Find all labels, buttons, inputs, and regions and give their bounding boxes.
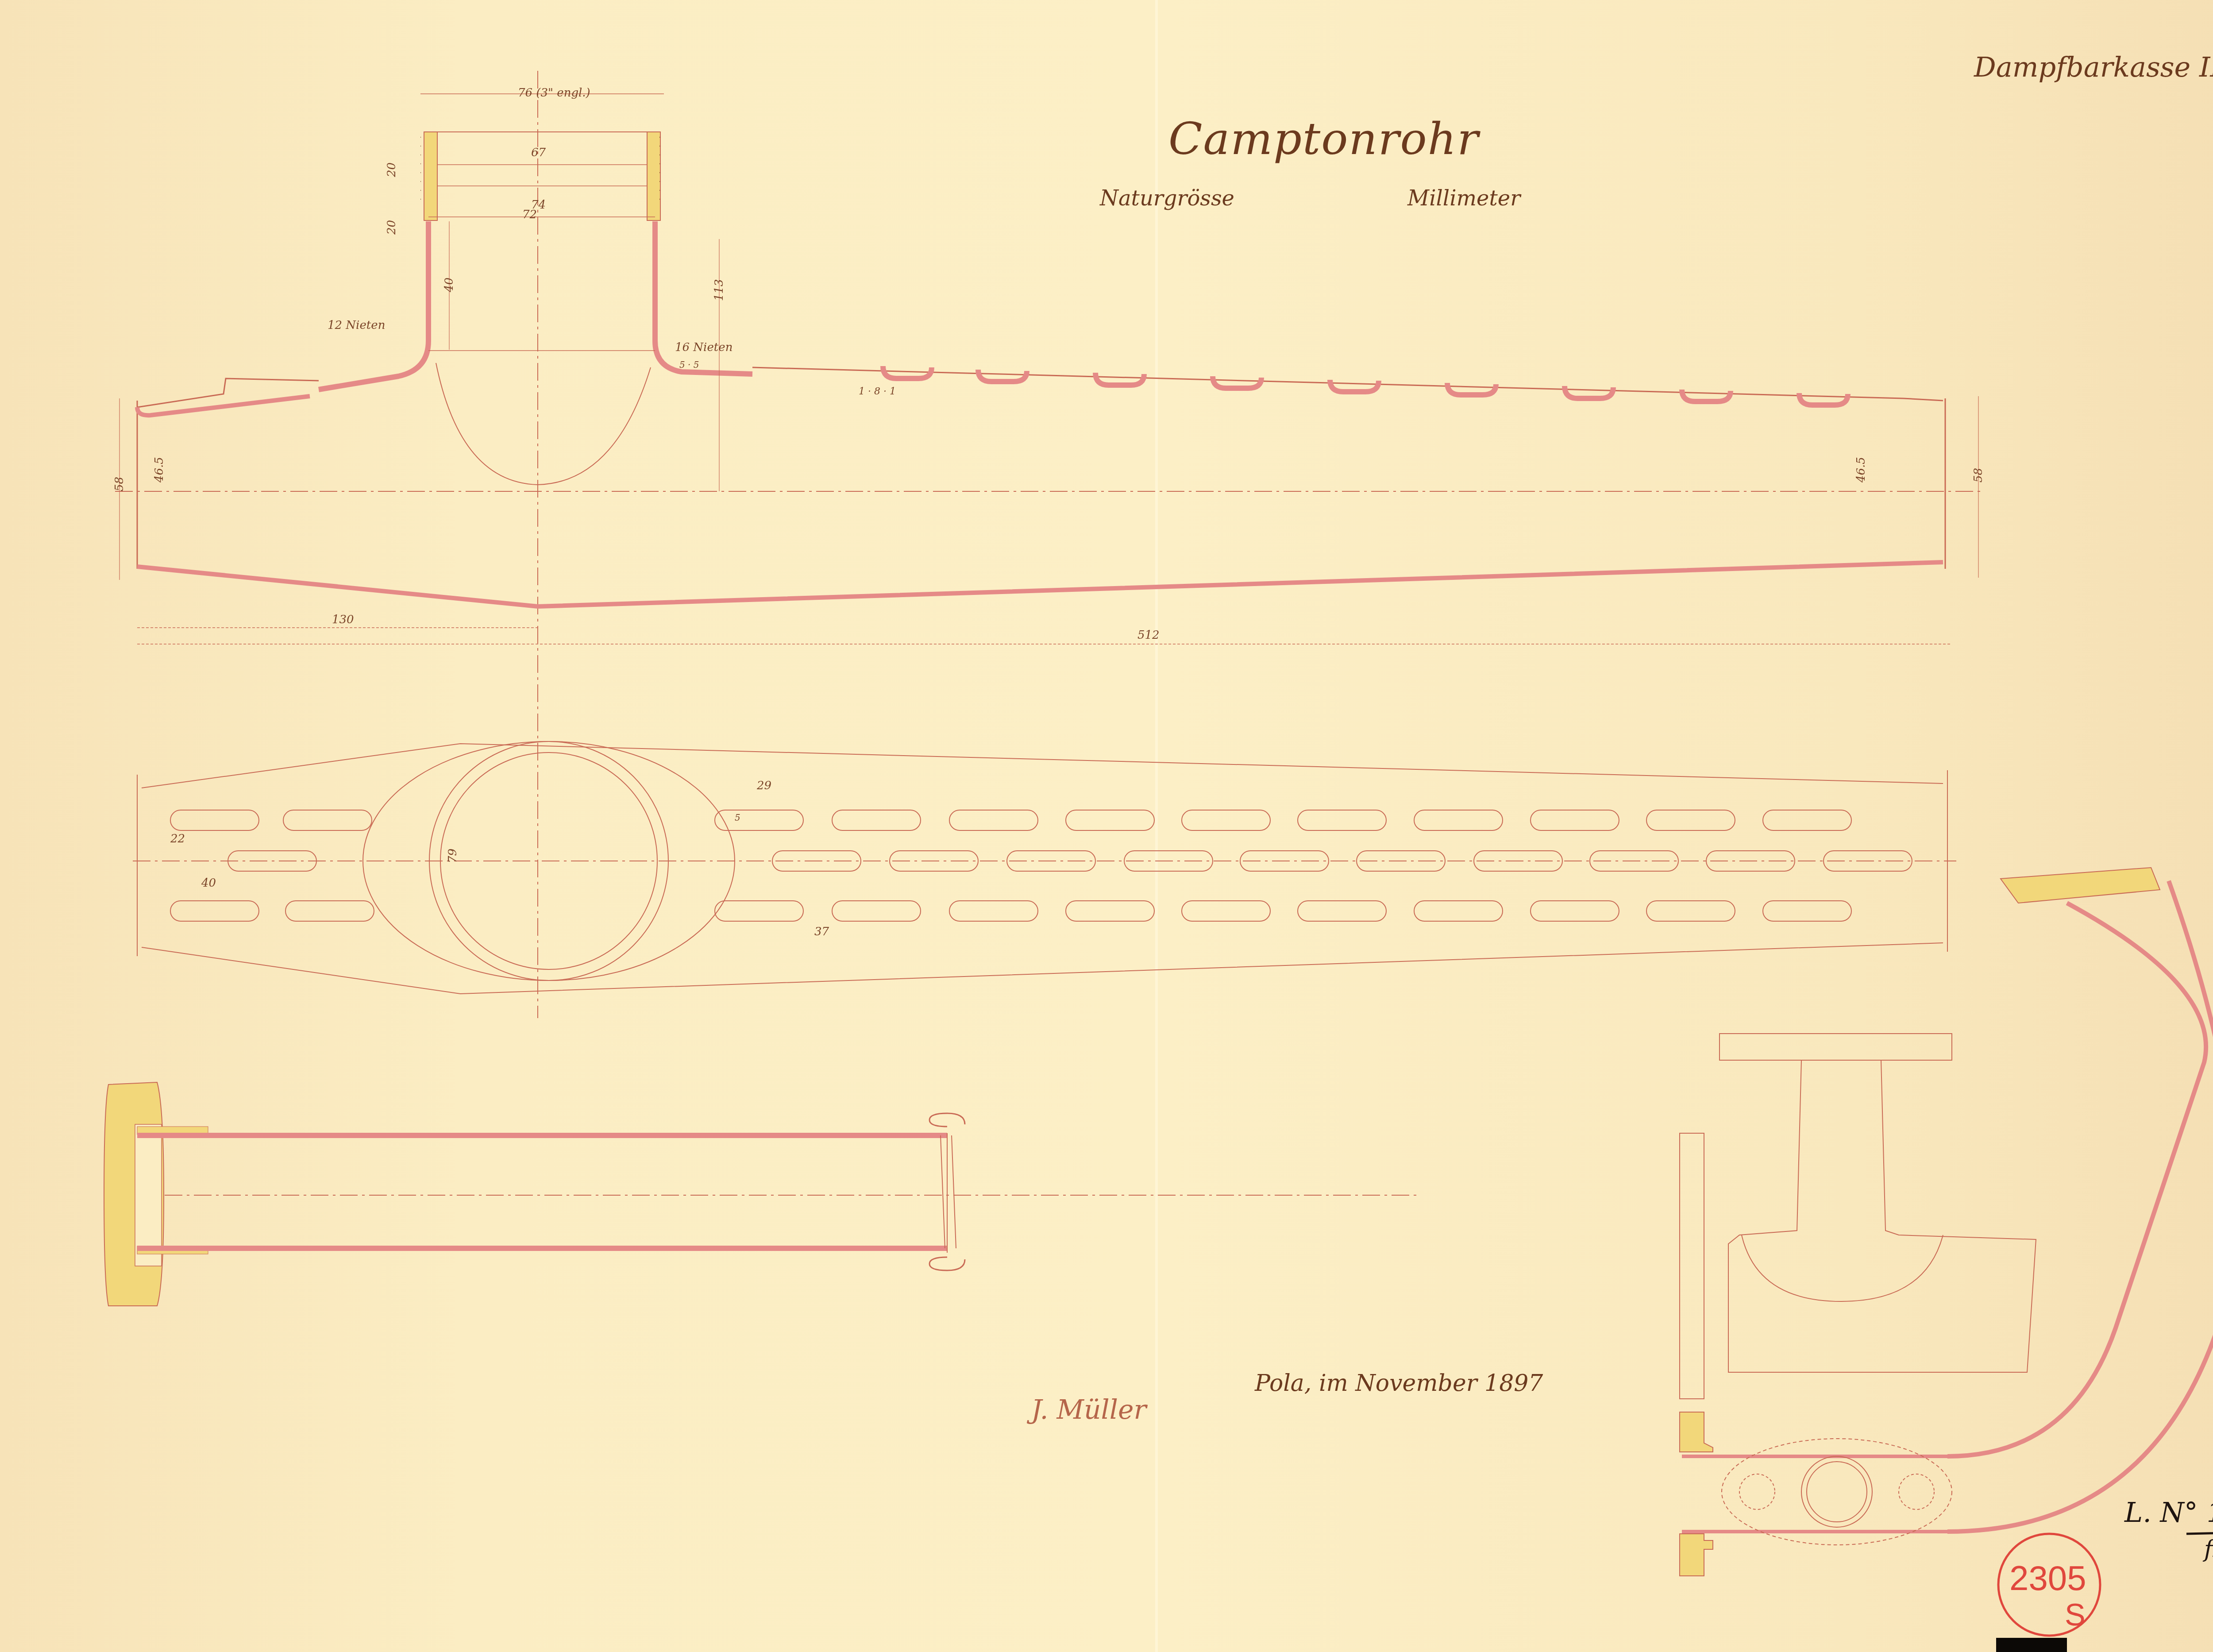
dim-overall-length: 512: [1137, 629, 1160, 642]
dim-end-outer-left: 58: [113, 477, 126, 491]
dim-end-inner-left: 46.5: [153, 457, 166, 482]
dim-circle-dia: 79: [446, 849, 459, 863]
stamp-letter: S: [2065, 1597, 2086, 1633]
reference-value: 1681: [2207, 1496, 2213, 1528]
bend-view: [1680, 868, 2213, 1576]
dim-end-inner-right: 46.5: [1854, 457, 1868, 482]
dim-slot-pitch: 37: [814, 925, 829, 938]
signature: J. Müller: [1031, 1394, 1146, 1425]
dim-height-113: 113: [713, 279, 726, 301]
scale-label: Naturgrösse: [1100, 186, 1234, 211]
dim-depth: 40: [443, 278, 456, 292]
vessel-label: Dampfbarkasse II. Grösse: [1974, 51, 2213, 83]
dim-offset-130: 130: [332, 613, 354, 626]
straight-pipe-view: [104, 1082, 965, 1306]
slot-pattern: [170, 810, 1912, 921]
reference-sub: f2: [2204, 1536, 2213, 1563]
stamp-number: 2305: [2009, 1558, 2086, 1598]
dim-second-offset: 40: [201, 876, 216, 890]
rivets-right-label: 16 Nieten: [675, 341, 733, 354]
scan-blot: [1996, 1638, 2067, 1652]
rivet-spacing-label: 5 · 5: [679, 359, 699, 370]
dim-slot-length: 29: [757, 779, 771, 792]
drawing-title: Camptonrohr: [1168, 113, 1479, 165]
dim-neck-72: 72: [522, 208, 537, 221]
unit-label: Millimeter: [1407, 186, 1520, 211]
dim-thread-inner: 67: [531, 146, 546, 159]
dim-top-outer: 76 (3" engl.): [518, 86, 590, 100]
dim-first-offset: 22: [170, 832, 185, 845]
reference-prefix: L. N°: [2124, 1496, 2198, 1528]
dim-end-outer-right: 58: [1972, 468, 1985, 482]
slot-detail-label: 1 · 8 · 1: [859, 386, 896, 397]
dim-slot-width: 5: [735, 812, 740, 823]
side-section-view: [120, 94, 1978, 644]
place-date: Pola, im November 1897: [1255, 1370, 1543, 1397]
dim-thread-h1: 20: [385, 162, 398, 177]
dim-thread-h2: 20: [385, 220, 398, 235]
reference-number: L. N° 1681: [2124, 1496, 2213, 1528]
rivets-left-label: 12 Nieten: [328, 319, 385, 332]
